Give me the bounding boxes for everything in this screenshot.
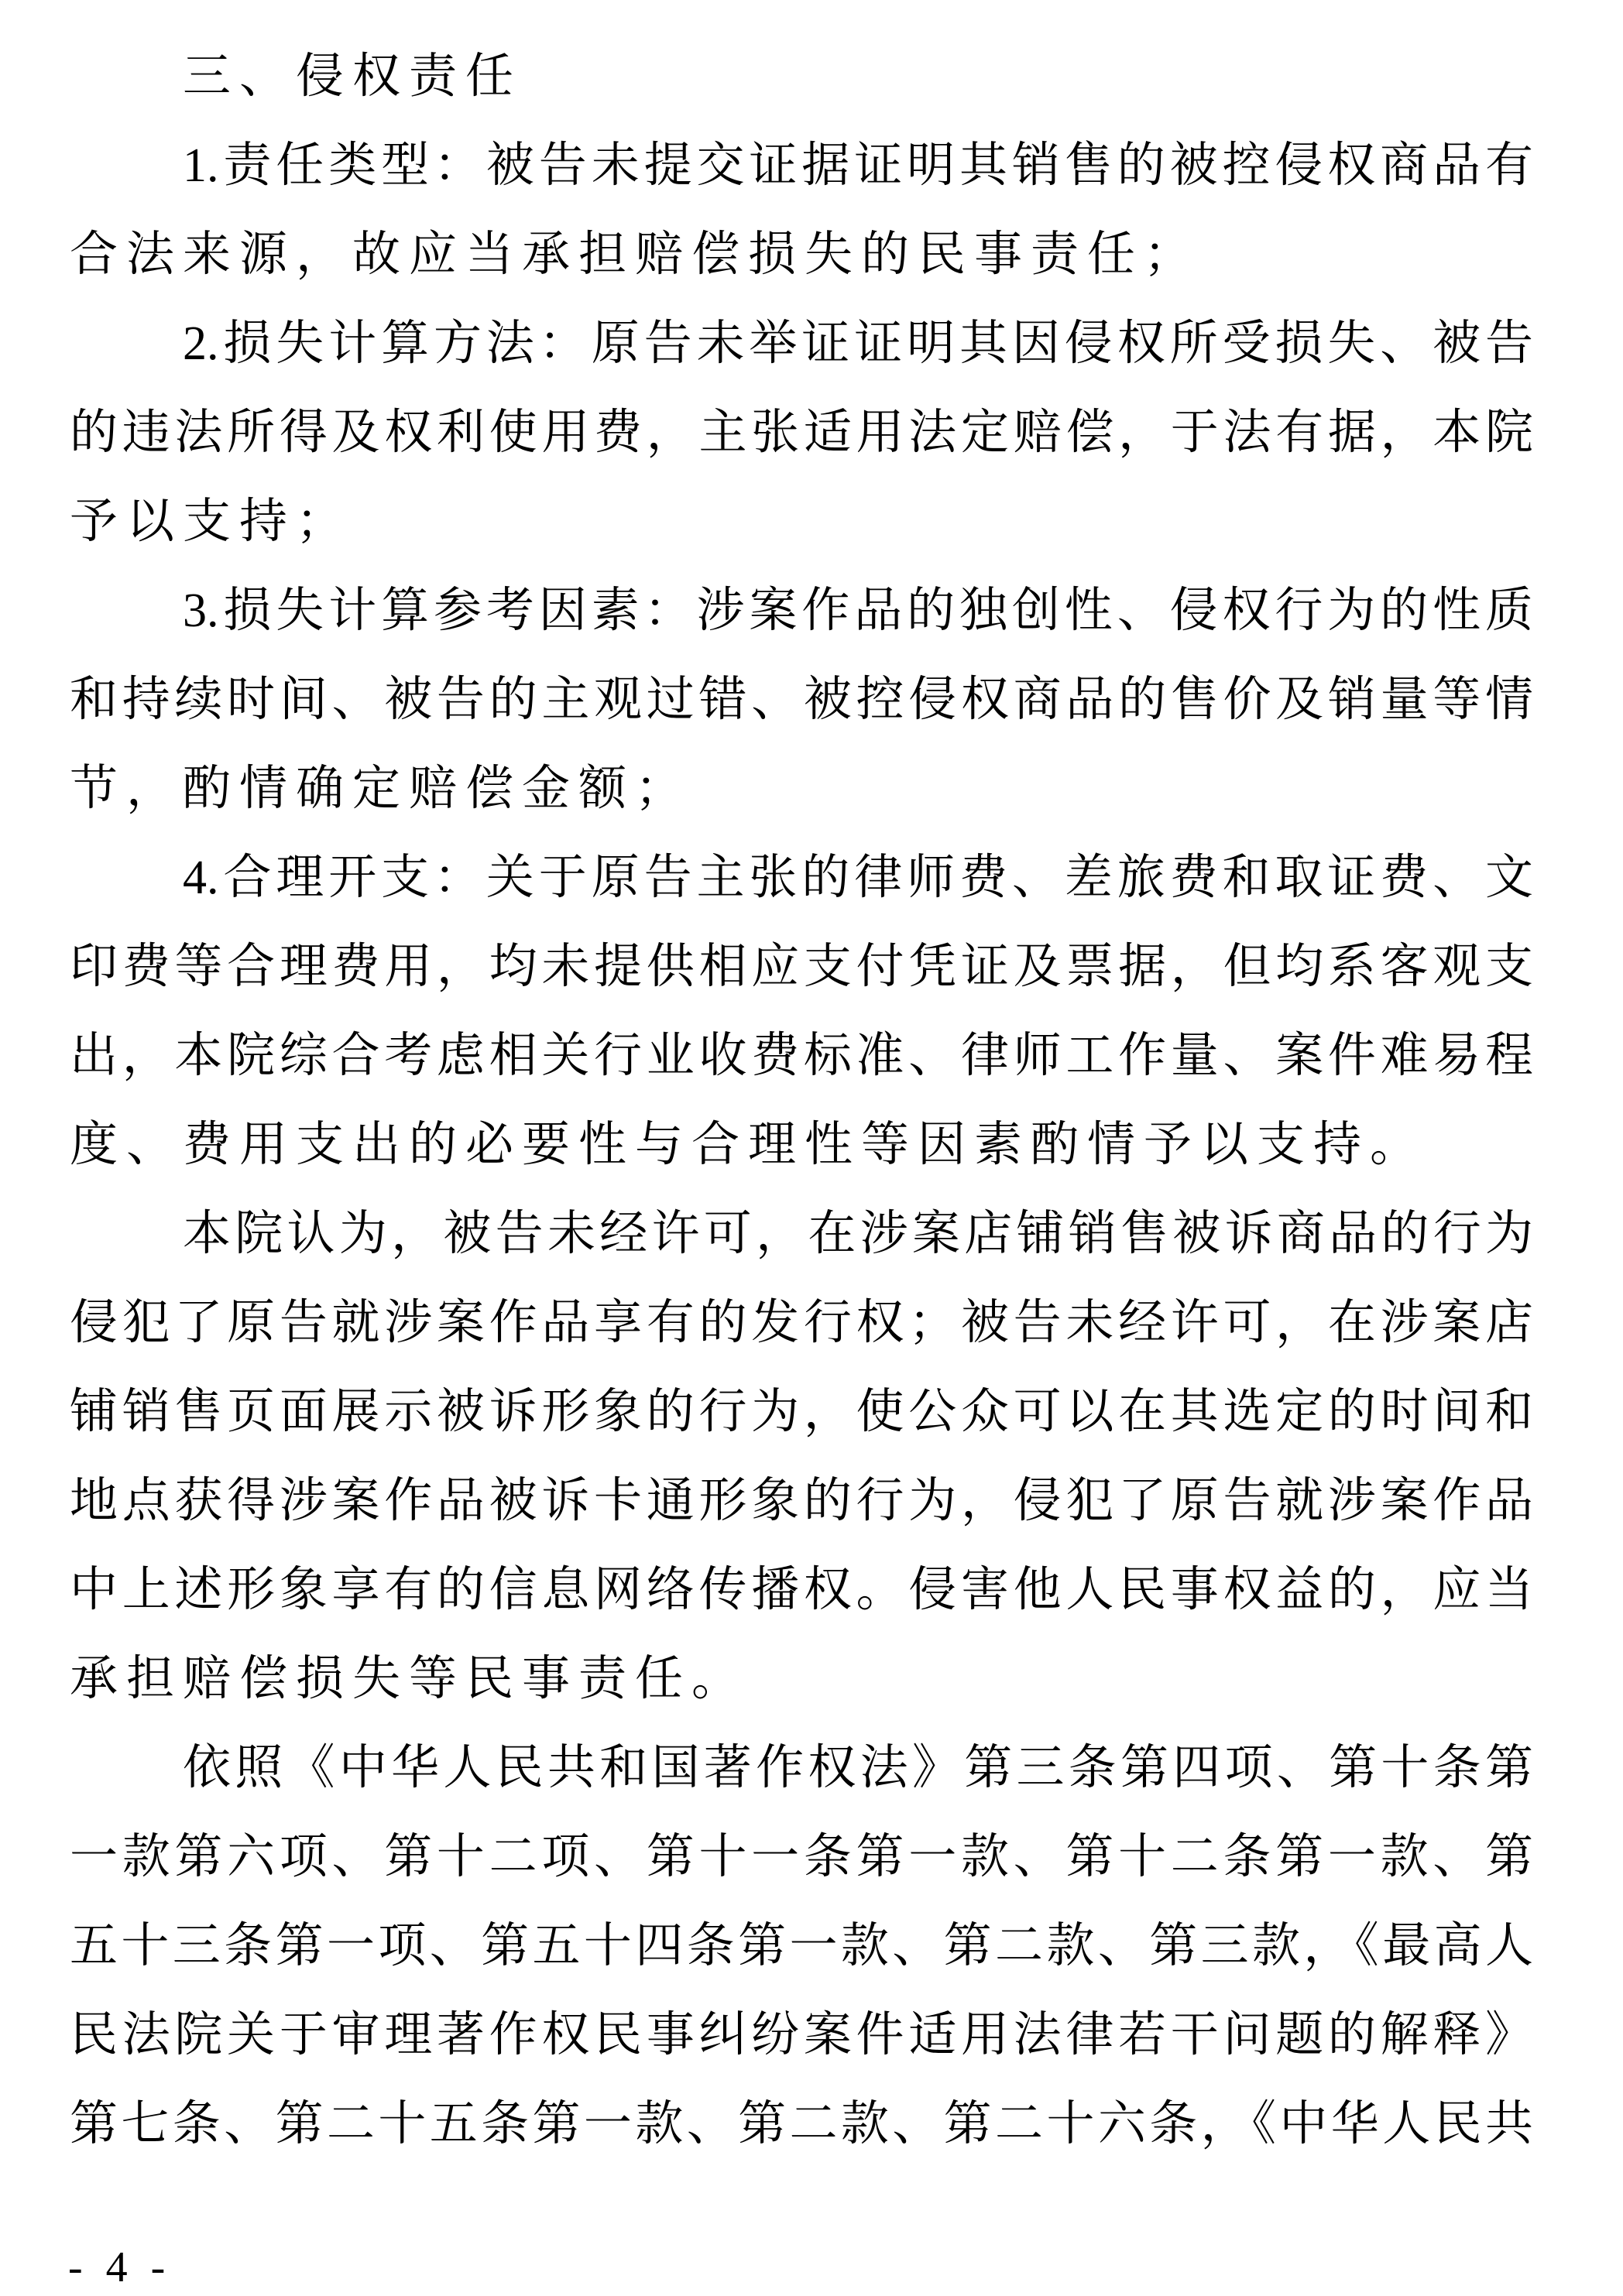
text-line: 2.损失计算方法：原告未举证证明其因侵权所受损失、被告 (70, 300, 1533, 389)
text-line: 3.损失计算参考因素：涉案作品的独创性、侵权行为的性质 (70, 567, 1533, 656)
text-line: 本院认为，被告未经许可，在涉案店铺销售被诉商品的行为 (70, 1190, 1533, 1279)
paragraph-loss-calculation-method: 2.损失计算方法：原告未举证证明其因侵权所受损失、被告的违法所得及权利使用费，主… (70, 300, 1533, 567)
text-line: 中上述形象享有的信息网络传播权。侵害他人民事权益的，应当 (70, 1546, 1533, 1635)
paragraph-loss-calculation-factors: 3.损失计算参考因素：涉案作品的独创性、侵权行为的性质和持续时间、被告的主观过错… (70, 567, 1533, 834)
paragraph-liability-type: 1.责任类型：被告未提交证据证明其销售的被控侵权商品有合法来源，故应当承担赔偿损… (70, 122, 1533, 300)
text-line: 的违法所得及权利使用费，主张适用法定赔偿，于法有据，本院 (70, 389, 1533, 478)
section-heading: 三、侵权责任 (70, 33, 1533, 122)
judgment-text-block: 三、侵权责任 1.责任类型：被告未提交证据证明其销售的被控侵权商品有合法来源，故… (70, 33, 1533, 2169)
text-line: 一款第六项、第十二项、第十一条第一款、第十二条第一款、第 (70, 1813, 1533, 1902)
text-line: 和持续时间、被告的主观过错、被控侵权商品的售价及销量等情 (70, 656, 1533, 745)
paragraph-court-opinion: 本院认为，被告未经许可，在涉案店铺销售被诉商品的行为侵犯了原告就涉案作品享有的发… (70, 1190, 1533, 1724)
document-page: 三、侵权责任 1.责任类型：被告未提交证据证明其销售的被控侵权商品有合法来源，故… (0, 0, 1623, 2296)
text-line: 出，本院综合考虑相关行业收费标准、律师工作量、案件难易程 (70, 1012, 1533, 1101)
text-line: 五十三条第一项、第五十四条第一款、第二款、第三款，《最高人 (70, 1902, 1533, 1991)
text-line: 依照《中华人民共和国著作权法》第三条第四项、第十条第 (70, 1724, 1533, 1813)
text-line: 侵犯了原告就涉案作品享有的发行权；被告未经许可，在涉案店 (70, 1279, 1533, 1368)
text-line: 印费等合理费用，均未提供相应支付凭证及票据，但均系客观支 (70, 923, 1533, 1012)
text-line: 地点获得涉案作品被诉卡通形象的行为，侵犯了原告就涉案作品 (70, 1457, 1533, 1546)
paragraph-reasonable-expenses: 4.合理开支：关于原告主张的律师费、差旅费和取证费、文印费等合理费用，均未提供相… (70, 834, 1533, 1190)
text-line: 1.责任类型：被告未提交证据证明其销售的被控侵权商品有 (70, 122, 1533, 211)
text-line: 4.合理开支：关于原告主张的律师费、差旅费和取证费、文 (70, 834, 1533, 923)
text-line: 承担赔偿损失等民事责任。 (70, 1635, 1533, 1724)
text-line: 民法院关于审理著作权民事纠纷案件适用法律若干问题的解释》 (70, 1991, 1533, 2080)
text-line: 第七条、第二十五条第一款、第二款、第二十六条，《中华人民共 (70, 2080, 1533, 2169)
text-line: 节，酌情确定赔偿金额； (70, 745, 1533, 834)
paragraph-legal-basis: 依照《中华人民共和国著作权法》第三条第四项、第十条第一款第六项、第十二项、第十一… (70, 1724, 1533, 2169)
text-line: 度、费用支出的必要性与合理性等因素酌情予以支持。 (70, 1101, 1533, 1190)
paragraphs-container: 1.责任类型：被告未提交证据证明其销售的被控侵权商品有合法来源，故应当承担赔偿损… (70, 122, 1533, 2169)
text-line: 予以支持； (70, 478, 1533, 567)
text-line: 铺销售页面展示被诉形象的行为，使公众可以在其选定的时间和 (70, 1368, 1533, 1457)
page-number: - 4 - (68, 2233, 171, 2296)
text-line: 合法来源，故应当承担赔偿损失的民事责任； (70, 211, 1533, 300)
